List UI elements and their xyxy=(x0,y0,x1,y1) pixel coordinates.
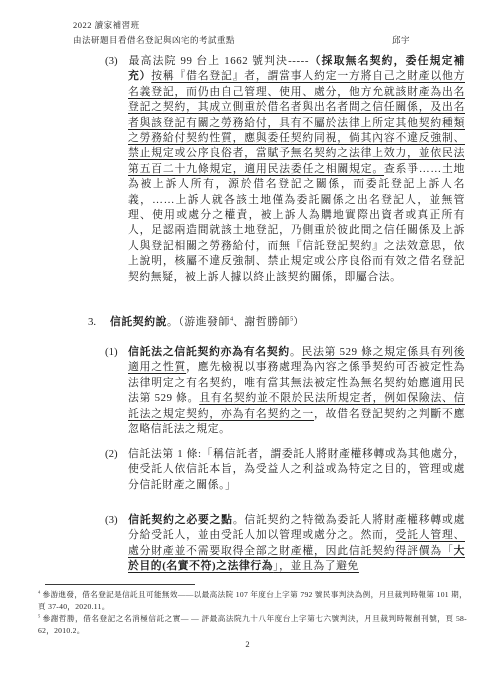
footnote-4: 4 參游進發，借名登記是信託且可能無效——以最高法院 107 年度台上字第 79… xyxy=(38,589,467,612)
footnote-4-marker: 4 xyxy=(38,589,40,594)
footnote-separator xyxy=(45,584,195,585)
footnote-area: 4 參游進發，借名登記是信託且可能無效——以最高法院 107 年度台上字第 79… xyxy=(38,584,467,637)
footnote-4-text: 參游進發，借名登記是信託且可能無效——以最高法院 107 年度台上字第 792 … xyxy=(38,590,467,611)
subsection-3-essential-points: (3)信託契約之必要之點。信託契約之特徵為委託人將財產權移轉或處分給受託人，並由… xyxy=(105,513,465,575)
section-number: 3. xyxy=(88,315,110,330)
subsection-2-trust-law-article-1: (2)信託法第 1 條:「稱信託者，謂委託人將財產權移轉或為其他處分，使受託人依… xyxy=(105,447,465,493)
page-number: 2 xyxy=(0,639,495,649)
header-document-title: 由法研題目看借名登記與凶宅的考試重點 xyxy=(73,33,410,48)
subsection-2-label: (2) xyxy=(105,447,128,462)
section-heading-trust-contract: 3.信託契約說。（游進發師4、謝哲勝師5） xyxy=(88,315,465,330)
header-author: 邱宇 xyxy=(392,33,410,48)
subsection-2-text: 信託法第 1 條:「稱信託者，謂委託人將財產權移轉或為其他處分，使受託人依信託本… xyxy=(128,448,465,491)
document-page: 2022 讀家補習班 由法研題目看借名登記與凶宅的考試重點 邱宇 (3)最高法院… xyxy=(0,0,495,700)
paragraph-judgment-99-1662: (3)最高法院 99 台上 1662 號判決-----（採取無名契約，委任規定補… xyxy=(105,54,465,285)
footnote-5-text: 參謝哲勝，借名登記之名消極信託之實— — 評最高法院九十八年度台上字第七六號判決… xyxy=(38,614,467,635)
subsection-3-text: 信託契約之必要之點。信託契約之特徵為委託人將財產權移轉或處分給受託人，並由受託人… xyxy=(128,514,465,572)
subsection-1-named-contract: (1)信託法之信託契約亦為有名契約。民法第 529 條之規定係具有列後適用之性質… xyxy=(105,345,465,437)
subsection-3-label: (3) xyxy=(105,513,128,528)
section-heading-text: 信託契約說。（游進發師4、謝哲勝師5） xyxy=(110,316,305,328)
subsection-1-text: 信託法之信託契約亦為有名契約。民法第 529 條之規定係具有列後適用之性質，應先… xyxy=(128,346,465,435)
page-header: 2022 讀家補習班 由法研題目看借名登記與凶宅的考試重點 邱宇 xyxy=(73,18,410,48)
footnote-5-marker: 5 xyxy=(38,613,40,618)
header-course-title: 2022 讀家補習班 xyxy=(73,18,410,33)
footnote-5: 5 參謝哲勝，借名登記之名消極信託之實— — 評最高法院九十八年度台上字第七六號… xyxy=(38,613,467,636)
item-3-label: (3) xyxy=(105,54,128,69)
paragraph-judgment-text: 最高法院 99 台上 1662 號判決-----（採取無名契約，委任規定補充）按… xyxy=(128,55,465,283)
subsection-1-label: (1) xyxy=(105,345,128,360)
